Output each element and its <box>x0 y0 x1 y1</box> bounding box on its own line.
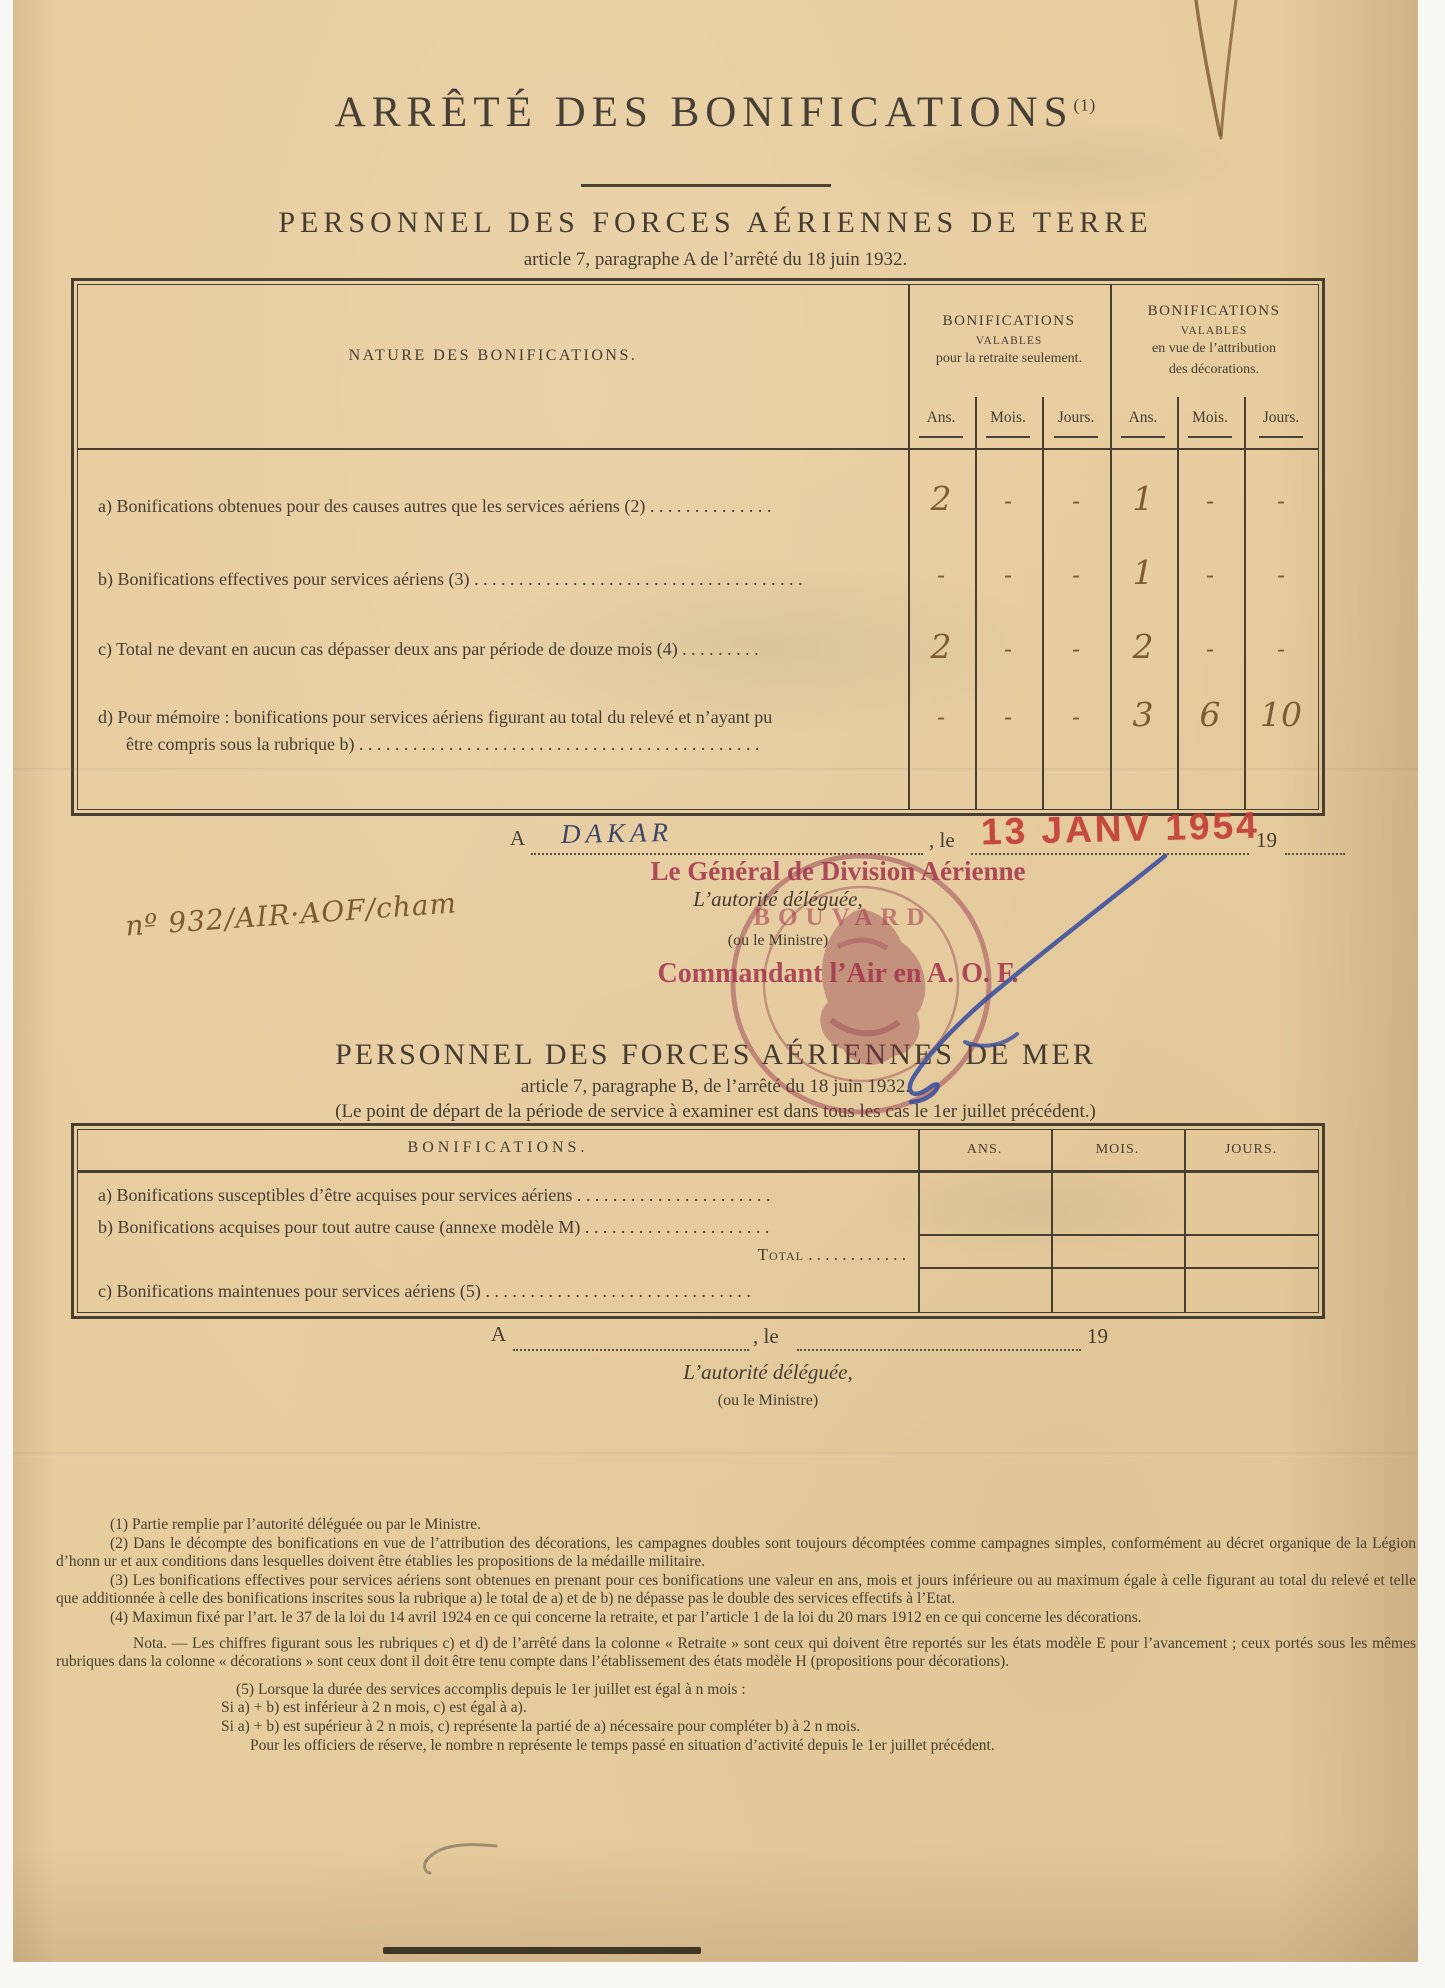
mois-column-header: MOIS. <box>1051 1142 1184 1158</box>
value-a-deco-mois: - <box>1182 479 1238 523</box>
handwritten-place: DAKAR <box>561 817 674 850</box>
handwritten-reference-number: nº 932/AIR·AOF/cham <box>124 886 458 942</box>
dotted-line <box>513 1346 749 1351</box>
footnote-5-case2: Si a) + b) est supérieur à 2 n mois, c) … <box>56 1718 1416 1737</box>
pencil-mark <box>418 1835 508 1880</box>
group-decorations-line3: en vue de l’attribution <box>1110 339 1318 359</box>
table-header-rule <box>78 448 1318 450</box>
scanned-form-page: ARRÊTÉ DES BONIFICATIONS(1) PERSONNEL DE… <box>13 0 1418 1962</box>
page-title: ARRÊTÉ DES BONIFICATIONS(1) <box>13 88 1418 137</box>
year-label: 19 <box>1256 828 1277 853</box>
table-divider <box>1244 397 1246 809</box>
nature-column-header: NATURE DES BONIFICATIONS. <box>78 347 908 365</box>
section-terre-article: article 7, paragraphe A de l’arrêté du 1… <box>13 249 1418 271</box>
column-dash <box>1188 436 1232 438</box>
group-decorations-line2: VALABLES <box>1110 323 1318 340</box>
unit-header-mois: Mois. <box>1178 409 1242 427</box>
footnote-3: (3) Les bonifications effectives pour se… <box>56 1572 1416 1609</box>
table-bonifications-terre: NATURE DES BONIFICATIONS. BONIFICATIONS … <box>77 284 1319 810</box>
dotted-line <box>797 1346 1081 1351</box>
row-a-label: a) Bonifications obtenues pour des cause… <box>98 493 906 520</box>
total-label: Total <box>758 1245 804 1264</box>
value-d-deco-ans: 3 <box>1115 693 1171 737</box>
value-d-retraite-ans: - <box>913 695 969 739</box>
place-prefix-label-2: A <box>491 1322 506 1347</box>
scan-edge-mark <box>383 1947 701 1954</box>
group-decorations-line1: BONIFICATIONS <box>1110 301 1318 323</box>
value-a-retraite-mois: - <box>980 479 1036 523</box>
value-d-retraite-mois: - <box>980 695 1036 739</box>
value-cell-rule <box>918 1234 1318 1236</box>
value-c-deco-mois: - <box>1182 627 1238 671</box>
value-c-deco-ans: 2 <box>1115 625 1171 669</box>
value-d-retraite-jours: - <box>1048 695 1104 739</box>
footnote-2: (2) Dans le décompte des bonifications e… <box>56 1535 1416 1572</box>
mer-row-b-label: b) Bonifications acquises pour tout autr… <box>98 1214 913 1241</box>
column-dash <box>919 436 963 438</box>
footnote-5-reserve: Pour les officiers de réserve, le nombre… <box>56 1737 1416 1756</box>
group-decorations-header: BONIFICATIONS VALABLES en vue de l’attri… <box>1110 301 1318 380</box>
value-b-retraite-ans: - <box>913 553 969 597</box>
table-divider <box>1177 397 1179 809</box>
value-b-retraite-mois: - <box>980 553 1036 597</box>
value-c-retraite-ans: 2 <box>913 625 969 669</box>
column-dash <box>1121 436 1165 438</box>
authority-delegated-label-2: L’autorité déléguée, <box>503 1360 1033 1385</box>
value-d-deco-jours: 10 <box>1253 693 1309 737</box>
group-retraite-line3: pour la retraite seulement. <box>908 349 1110 369</box>
row-d-label-line2: être compris sous la rubrique b) . . . .… <box>126 731 906 758</box>
section-terre-heading: PERSONNEL DES FORCES AÉRIENNES DE TERRE <box>13 206 1418 240</box>
table-divider <box>1042 397 1044 809</box>
footnote-4: (4) Maximun fixé par l’art. le 37 de la … <box>56 1609 1416 1628</box>
footnote-5-case1: Si a) + b) est inférieur à 2 n mois, c) … <box>56 1699 1416 1718</box>
table-bonifications-mer: BONIFICATIONS. ANS. MOIS. JOURS. a) Boni… <box>77 1129 1319 1313</box>
value-d-deco-mois: 6 <box>1182 693 1238 737</box>
total-row: Total . . . . . . . . . . . . <box>478 1245 906 1265</box>
value-a-retraite-jours: - <box>1048 479 1104 523</box>
year-label-2: 19 <box>1087 1324 1108 1349</box>
unit-header-ans: Ans. <box>909 409 973 427</box>
value-c-retraite-jours: - <box>1048 627 1104 671</box>
table-header-rule <box>78 1170 1318 1173</box>
place-prefix-label: A <box>510 826 525 851</box>
jours-column-header: JOURS. <box>1184 1142 1318 1158</box>
value-a-retraite-ans: 2 <box>913 477 969 521</box>
paper-crease <box>13 1452 1418 1457</box>
le-label-2: , le <box>753 1324 779 1349</box>
mer-row-a-label: a) Bonifications susceptibles d’être acq… <box>98 1182 913 1209</box>
value-b-deco-mois: - <box>1182 553 1238 597</box>
ans-column-header: ANS. <box>918 1142 1051 1158</box>
value-a-deco-ans: 1 <box>1115 477 1171 521</box>
unit-header-mois: Mois. <box>976 409 1040 427</box>
column-dash <box>1259 436 1303 438</box>
title-rule <box>581 184 831 187</box>
dotted-line <box>1285 850 1345 855</box>
unit-header-ans: Ans. <box>1111 409 1175 427</box>
total-dots: . . . . . . . . . . . . <box>804 1245 906 1264</box>
footnotes-block: (1) Partie remplie par l’autorité délégu… <box>56 1516 1416 1755</box>
value-b-deco-jours: - <box>1253 553 1309 597</box>
value-cell-rule <box>918 1267 1318 1269</box>
group-decorations-line4: des décorations. <box>1110 360 1318 380</box>
mer-row-c-label: c) Bonifications maintenues pour service… <box>98 1278 913 1305</box>
unit-header-jours: Jours. <box>1249 409 1313 427</box>
footnote-5: (5) Lorsque la durée des services accomp… <box>56 1681 1416 1700</box>
group-retraite-line1: BONIFICATIONS <box>908 311 1110 333</box>
row-b-label: b) Bonifications effectives pour service… <box>98 566 906 593</box>
value-a-deco-jours: - <box>1253 479 1309 523</box>
value-b-retraite-jours: - <box>1048 553 1104 597</box>
or-minister-label-2: (ou le Ministre) <box>503 1392 1033 1410</box>
value-b-deco-ans: 1 <box>1115 551 1171 595</box>
pen-signature <box>713 838 1193 1138</box>
footnote-nota: Nota. — Les chiffres figurant sous les r… <box>56 1635 1416 1672</box>
title-footnote-ref: (1) <box>1074 96 1097 115</box>
row-d-label-line1: d) Pour mémoire : bonifications pour ser… <box>98 704 906 731</box>
group-retraite-header: BONIFICATIONS VALABLES pour la retraite … <box>908 311 1110 370</box>
unit-header-jours: Jours. <box>1044 409 1108 427</box>
column-dash <box>1054 436 1098 438</box>
page-title-text: ARRÊTÉ DES BONIFICATIONS <box>335 89 1074 136</box>
value-c-retraite-mois: - <box>980 627 1036 671</box>
footnote-1: (1) Partie remplie par l’autorité délégu… <box>56 1516 1416 1535</box>
value-c-deco-jours: - <box>1253 627 1309 671</box>
group-retraite-line2: VALABLES <box>908 333 1110 350</box>
table-divider <box>975 397 977 809</box>
column-dash <box>986 436 1030 438</box>
row-c-label: c) Total ne devant en aucun cas dépasser… <box>98 636 906 663</box>
